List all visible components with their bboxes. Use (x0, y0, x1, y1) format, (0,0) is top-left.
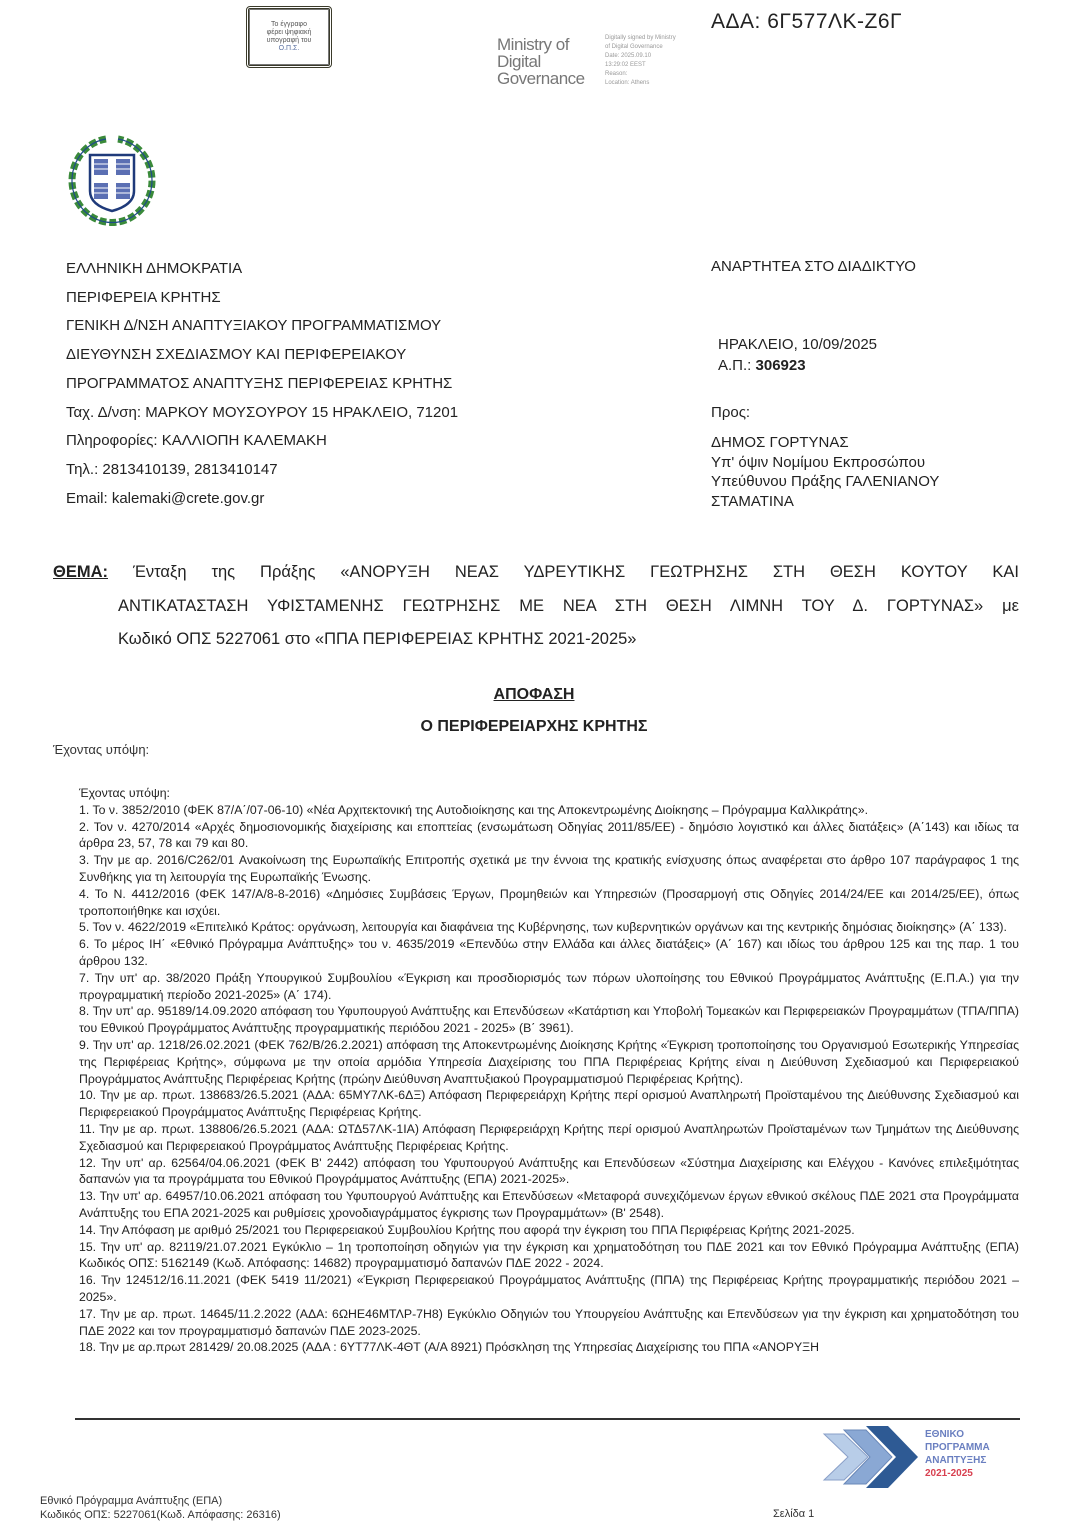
recipient-line: ΣΤΑΜΑΤΙΝΑ (711, 492, 939, 512)
digital-signature-stamp: Το έγγραφο φέρει ψηφιακή υπογραφή του Ο.… (246, 6, 332, 68)
sender-contact-person: Πληροφορίες: ΚΑΛΛΙΟΠΗ ΚΑΛΕΜΑΚΗ (66, 427, 458, 456)
protocol-number: 306923 (756, 357, 806, 374)
footer-divider (75, 1418, 1020, 1420)
list-item: 13. Την υπ' αρ. 64957/10.06.2021 απόφαση… (79, 1188, 1019, 1222)
subject-line-3: Κωδικό ΟΠΣ 5227061 στο «ΠΠΑ ΠΕΡΙΦΕΡΕΙΑΣ … (53, 623, 1019, 657)
sender-email: Email: kalemaki@crete.gov.gr (66, 485, 458, 514)
publish-online-notice: ΑΝΑΡΤΗΤΕΑ ΣΤΟ ΔΙΑΔΙΚΤΥΟ (711, 258, 916, 275)
ministry-line: Digital (497, 53, 585, 70)
signature-line: of Digital Governance (605, 43, 720, 52)
list-item: 3. Την με αρ. 2016/C262/01 Ανακοίνωση τη… (79, 852, 1019, 886)
list-item: 15. Την υπ' αρ. 82119/21.07.2021 Εγκύκλι… (79, 1239, 1019, 1273)
stamp-line: Το έγγραφο (271, 21, 307, 29)
subject-line-1: ΘΕΜΑ: Ένταξη της Πράξης «ΑΝΟΡΥΞΗ ΝΕΑΣ ΥΔ… (53, 556, 1019, 590)
list-item: 8. Την υπ' αρ. 95189/14.09.2020 απόφαση … (79, 1003, 1019, 1037)
recipient-block: ΔΗΜΟΣ ΓΟΡΤΥΝΑΣ Υπ' όψιν Νομίμου Εκπροσώπ… (711, 433, 939, 511)
list-item: 18. Την με αρ.πρωτ 281429/ 20.08.2025 (Α… (79, 1339, 1019, 1356)
epa-chevron-logo-icon (822, 1424, 922, 1490)
sender-block: ΕΛΛΗΝΙΚΗ ΔΗΜΟΚΡΑΤΙΑ ΠΕΡΙΦΕΡΕΙΑ ΚΡΗΤΗΣ ΓΕ… (66, 255, 458, 513)
signature-line: 13:29:02 EEST (605, 61, 720, 70)
epa-line: ΑΝΑΠΤΥΞΗΣ (925, 1454, 990, 1467)
recipient-line: ΔΗΜΟΣ ΓΟΡΤΥΝΑΣ (711, 433, 939, 453)
list-item: 14. Την Απόφαση με αριθμό 25/2021 του Πε… (79, 1222, 1019, 1239)
considerations-heading: Έχοντας υπόψη: (79, 785, 1019, 802)
subject-text: Ένταξη της Πράξης «ΑΝΟΡΥΞΗ ΝΕΑΣ ΥΔΡΕΥΤΙΚ… (133, 563, 1019, 581)
epa-logo-text: ΕΘΝΙΚΟ ΠΡΟΓΡΑΜΜΑ ΑΝΑΠΤΥΞΗΣ 2021-2025 (925, 1428, 990, 1480)
epa-years: 2021-2025 (925, 1467, 990, 1480)
subject-label: ΘΕΜΑ: (53, 563, 108, 581)
list-item: 12. Την υπ' αρ. 62564/04.06.2021 (ΦΕΚ Β'… (79, 1155, 1019, 1189)
ministry-line: Governance (497, 70, 585, 87)
signature-line: Reason: (605, 70, 720, 79)
epa-line: ΠΡΟΓΡΑΜΜΑ (925, 1441, 990, 1454)
sender-phone: Τηλ.: 2813410139, 2813410147 (66, 456, 458, 485)
list-item: 5. Τον ν. 4622/2019 «Επιτελικό Κράτος: ο… (79, 919, 1019, 936)
footer-program: Εθνικό Πρόγραμμα Ανάπτυξης (ΕΠΑ) (40, 1494, 281, 1508)
ministry-line: Ministry of (497, 36, 585, 53)
date-protocol-block: ΗΡΑΚΛΕΙΟ, 10/09/2025 Α.Π.: 306923 (718, 334, 877, 376)
having-considered-label: Έχοντας υπόψη: (53, 742, 149, 757)
list-item: 7. Την υπ' αρ. 38/2020 Πράξη Υπουργικού … (79, 970, 1019, 1004)
list-item: 4. Το Ν. 4412/2016 (ΦΕΚ 147/Α/8-8-2016) … (79, 886, 1019, 920)
signature-line: Location: Athens (605, 79, 720, 88)
protocol-label: Α.Π.: (718, 357, 756, 374)
ada-code: ΑΔΑ: 6Γ577ΛΚ-Ζ6Γ (711, 10, 902, 34)
list-item: 17. Την με αρ. πρωτ. 14645/11.2.2022 (ΑΔ… (79, 1306, 1019, 1340)
signature-details: Digitally signed by Ministry of Digital … (605, 34, 720, 88)
ministry-logo-text: Ministry of Digital Governance (497, 36, 585, 87)
recipient-line: Υπεύθυνου Πράξης ΓΑΛΕΝΙΑΝΟΥ (711, 472, 939, 492)
sender-directorate-line2: ΠΡΟΓΡΑΜΜΑΤΟΣ ΑΝΑΠΤΥΞΗΣ ΠΕΡΙΦΕΡΕΙΑΣ ΚΡΗΤΗ… (66, 370, 458, 399)
subject-line-2: ΑΝΤΙΚΑΤΑΣΤΑΣΗ ΥΦΙΣΤΑΜΕΝΗΣ ΓΕΩΤΡΗΣΗΣ ΜΕ Ν… (53, 590, 1019, 624)
decision-title: ΑΠΟΦΑΣΗ (0, 686, 1068, 704)
sender-country: ΕΛΛΗΝΙΚΗ ΔΗΜΟΚΡΑΤΙΑ (66, 255, 458, 284)
subject-block: ΘΕΜΑ: Ένταξη της Πράξης «ΑΝΟΡΥΞΗ ΝΕΑΣ ΥΔ… (53, 556, 1019, 657)
stamp-line: Ο.Π.Σ. (279, 45, 300, 53)
decision-authority: Ο ΠΕΡΙΦΕΡΕΙΑΡΧΗΣ ΚΡΗΤΗΣ (0, 718, 1068, 736)
sender-address: Ταχ. Δ/νση: ΜΑΡΚΟΥ ΜΟΥΣΟΥΡΟΥ 15 ΗΡΑΚΛΕΙΟ… (66, 399, 458, 428)
recipient-line: Υπ' όψιν Νομίμου Εκπροσώπου (711, 453, 939, 473)
epa-line: ΕΘΝΙΚΟ (925, 1428, 990, 1441)
recipient-label: Προς: (711, 404, 750, 421)
list-item: 1. Το ν. 3852/2010 (ΦΕΚ 87/Α΄/07-06-10) … (79, 802, 1019, 819)
signature-line: Date: 2025.09.10 (605, 52, 720, 61)
list-item: 16. Την 124512/16.11.2021 (ΦΕΚ 5419 11/2… (79, 1272, 1019, 1306)
sender-general-directorate: ΓΕΝΙΚΗ Δ/ΝΣΗ ΑΝΑΠΤΥΞΙΑΚΟΥ ΠΡΟΓΡΑΜΜΑΤΙΣΜΟ… (66, 312, 458, 341)
stamp-line: υπογραφή του (267, 37, 312, 45)
footer-code: Κωδικός ΟΠΣ: 5227061(Κωδ. Απόφασης: 2631… (40, 1508, 281, 1522)
considerations-list: Έχοντας υπόψη: 1. Το ν. 3852/2010 (ΦΕΚ 8… (79, 785, 1019, 1356)
stamp-line: φέρει ψηφιακή (267, 29, 312, 37)
sender-directorate-line1: ΔΙΕΥΘΥΝΣΗ ΣΧΕΔΙΑΣΜΟΥ ΚΑΙ ΠΕΡΙΦΕΡΕΙΑΚΟΥ (66, 341, 458, 370)
page-number: Σελίδα 1 (773, 1508, 814, 1520)
list-item: 11. Την με αρ. πρωτ. 138806/26.5.2021 (Α… (79, 1121, 1019, 1155)
place-date: ΗΡΑΚΛΕΙΟ, 10/09/2025 (718, 334, 877, 355)
list-item: 9. Την υπ' αρ. 1218/26.02.2021 (ΦΕΚ 762/… (79, 1037, 1019, 1087)
greek-coat-of-arms-icon (66, 131, 158, 227)
list-item: 10. Την με αρ. πρωτ. 138683/26.5.2021 (Α… (79, 1087, 1019, 1121)
sender-region: ΠΕΡΙΦΕΡΕΙΑ ΚΡΗΤΗΣ (66, 284, 458, 313)
protocol-number-line: Α.Π.: 306923 (718, 355, 877, 376)
footer-program-info: Εθνικό Πρόγραμμα Ανάπτυξης (ΕΠΑ) Κωδικός… (40, 1494, 281, 1522)
list-item: 2. Τον ν. 4270/2014 «Αρχές δημοσιονομική… (79, 819, 1019, 853)
list-item: 6. Το μέρος ΙΗ΄ «Εθνικό Πρόγραμμα Ανάπτυ… (79, 936, 1019, 970)
signature-line: Digitally signed by Ministry (605, 34, 720, 43)
